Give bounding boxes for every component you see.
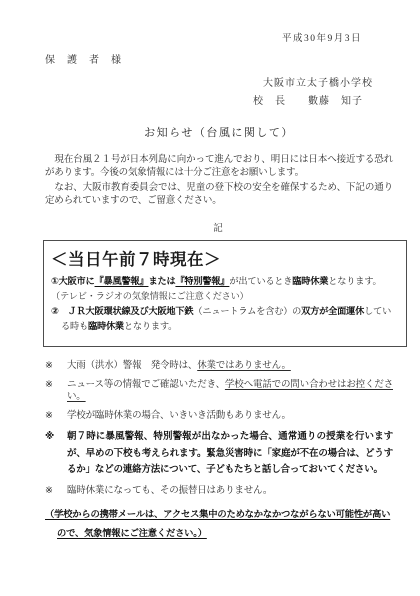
- note-text: ニュース等の情報でご確認いただき、学校へ電話での問い合わせはお控ください。: [67, 379, 393, 404]
- text-segment: 臨時休業: [292, 276, 328, 286]
- document-date: 平成30年9月3日: [45, 30, 393, 44]
- text-segment: 『特別警報』: [175, 276, 229, 286]
- intro-paragraph-1: 現在台風２１号が日本列島に向かって進んでおり、明日には日本へ接近する恐れがありま…: [45, 154, 393, 179]
- text-segment: となります。: [124, 321, 177, 331]
- reference-mark: ※: [45, 429, 67, 479]
- note-item-rain-warning: ※ 大雨（洪水）警報 発令時は、休業ではありません。: [45, 360, 393, 373]
- notice-title: お知らせ（台風に関して）: [45, 124, 393, 140]
- record-marker: 記: [45, 220, 393, 234]
- note-text: 臨時休業になっても、その振替日はありません。: [67, 485, 393, 498]
- reference-mark: ※: [45, 485, 67, 498]
- intro-paragraph-2: なお、大阪市教育委員会では、児童の登下校の安全を確保するため、下記の通り定められ…: [45, 182, 393, 207]
- text-segment: 『暴風警報』: [95, 276, 149, 286]
- text-segment: （ニュートラムを含む）の: [193, 306, 301, 316]
- text-segment: が出ているとき: [229, 276, 292, 286]
- school-name: 大阪市立太子橋小学校: [45, 74, 393, 89]
- text-segment: 朝７時に暴風警報、特別警報が出なかった場合、通常通りの授業を行いますが、早めの下…: [67, 431, 393, 475]
- recipient-line: 保 護 者 様: [45, 51, 393, 66]
- notes-list: ※ 大雨（洪水）警報 発令時は、休業ではありません。 ※ ニュース等の情報でご確…: [45, 360, 393, 497]
- notice-box-heading: ＜当日午前７時現在＞: [51, 246, 399, 270]
- reference-mark: ※: [45, 379, 67, 404]
- note-item-no-phone-calls: ※ ニュース等の情報でご確認いただき、学校へ電話での問い合わせはお控ください。: [45, 379, 393, 404]
- text-segment: 臨時休業になっても、その振替日はありません。: [67, 486, 272, 496]
- note-text: 学校が臨時休業の場合、いきいき活動もありません。: [67, 410, 393, 423]
- notice-box-item-1: ①大阪市に『暴風警報』または『特別警報』が出ているとき臨時休業となります。: [51, 274, 399, 289]
- text-segment: 学校が臨時休業の場合、いきいき活動もありません。: [67, 411, 291, 421]
- note-text: 朝７時に暴風警報、特別警報が出なかった場合、通常通りの授業を行いますが、早めの下…: [67, 429, 393, 479]
- text-segment: ニュース等の情報でご確認いただき、: [67, 380, 225, 390]
- notice-document-page: 平成30年9月3日 保 護 者 様 大阪市立太子橋小学校 校 長 數藤 知子 お…: [0, 0, 420, 596]
- text-segment: 大雨（洪水）警報 発令時は、: [67, 361, 197, 371]
- note-item-early-dismissal: ※ 朝７時に暴風警報、特別警報が出なかった場合、通常通りの授業を行いますが、早め…: [45, 429, 393, 479]
- text-segment: 休業ではありません。: [197, 361, 291, 371]
- note-item-no-makeup-day: ※ 臨時休業になっても、その振替日はありません。: [45, 485, 393, 498]
- text-segment: （学校からの携帯メールは、アクセス集中のためなかなかつながらない可能性が高いので…: [45, 509, 390, 538]
- mobile-mail-warning: （学校からの携帯メールは、アクセス集中のためなかなかつながらない可能性が高いので…: [45, 506, 393, 543]
- text-segment: となります。: [328, 276, 381, 286]
- notice-box: ＜当日午前７時現在＞ ①大阪市に『暴風警報』または『特別警報』が出ているとき臨時…: [43, 240, 407, 347]
- note-item-ikiiki-activity: ※ 学校が臨時休業の場合、いきいき活動もありません。: [45, 410, 393, 423]
- notice-box-item-1-note: （テレビ・ラジオの気象情報にご注意ください）: [51, 289, 399, 304]
- text-segment: 臨時休業: [88, 321, 124, 331]
- reference-mark: ※: [45, 360, 67, 373]
- notice-box-item-2: ② ＪＲ大阪環状線及び大阪地下鉄（ニュートラムを含む）の双方が全面運休している時…: [51, 304, 399, 334]
- text-segment: ①大阪市に: [51, 276, 95, 286]
- reference-mark: ※: [45, 410, 67, 423]
- note-text: 大雨（洪水）警報 発令時は、休業ではありません。: [67, 360, 393, 373]
- text-segment: ② ＪＲ大阪環状線及び大阪地下鉄: [51, 306, 193, 316]
- text-segment: または: [148, 276, 175, 286]
- principal-name: 校 長 數藤 知子: [45, 92, 393, 107]
- text-segment: 双方が全面運休: [301, 306, 364, 316]
